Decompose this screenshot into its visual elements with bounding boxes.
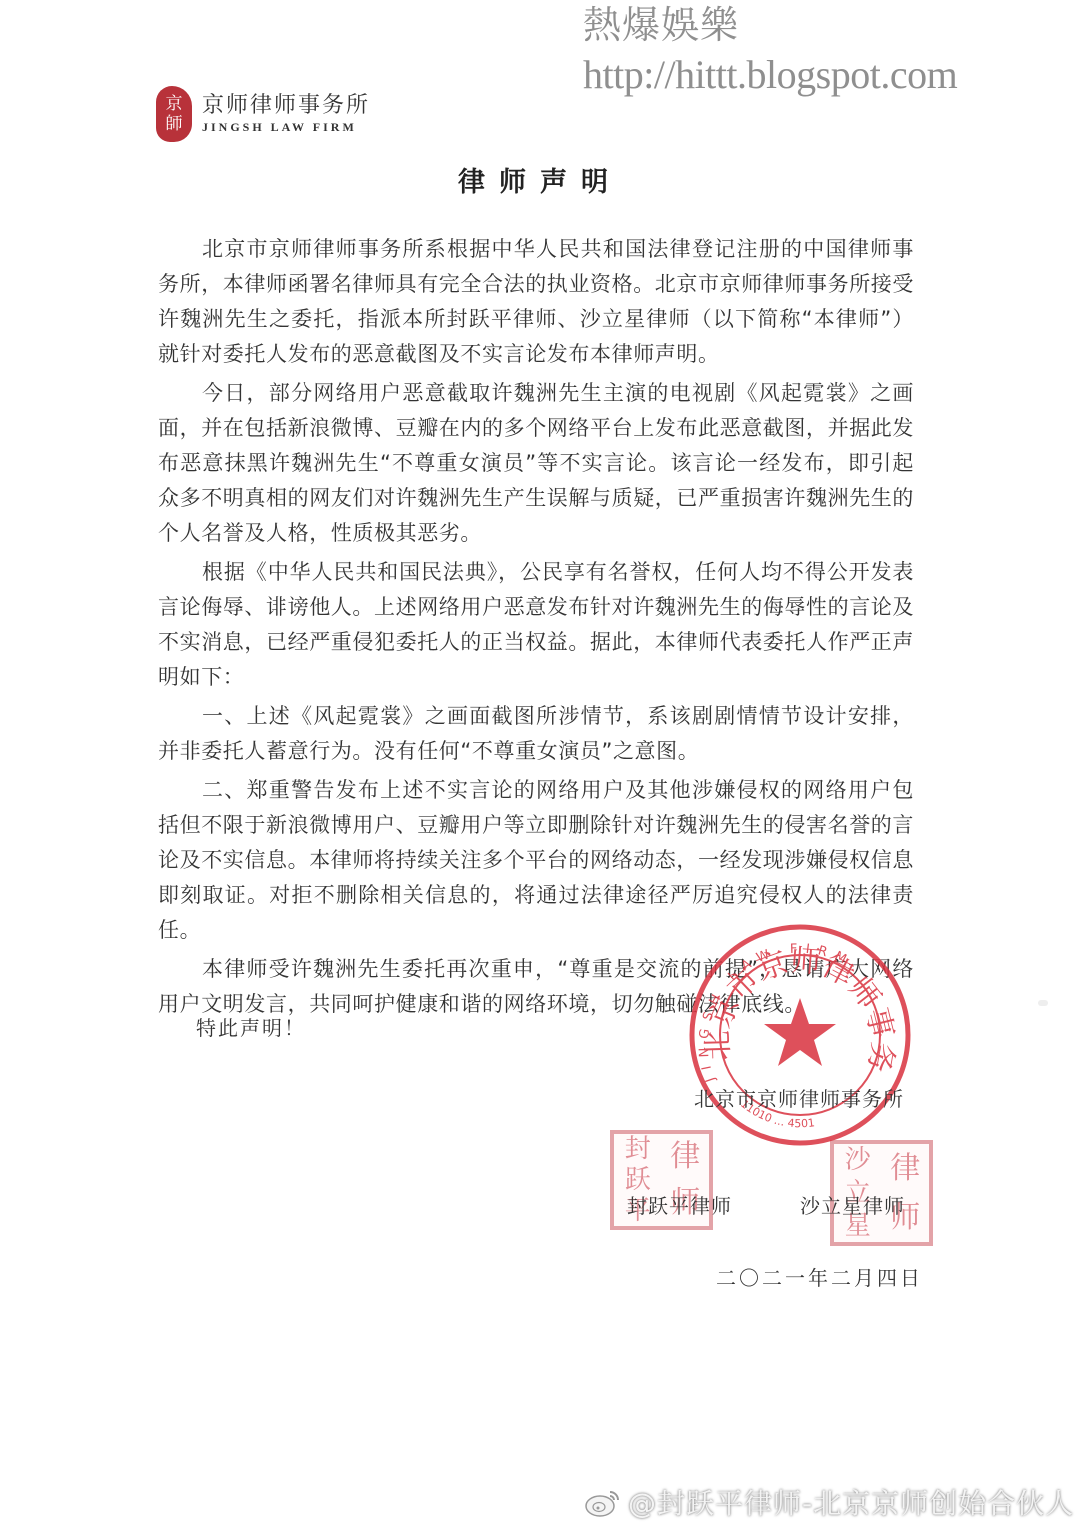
signatory-firm: 北京市京师律师事务所 [694, 1083, 904, 1112]
document-date: 二〇二一年二月四日 [716, 1262, 923, 1291]
lawyer-signature-1: 封跃平律师 [627, 1190, 732, 1219]
weibo-watermark: @封跃平律师-北京京师创始合伙人 [584, 1482, 1074, 1522]
document-title: 律师声明 [0, 160, 1080, 199]
logo-seal-icon: 京 師 [156, 86, 192, 142]
watermark-title: 熱爆娛樂 [583, 4, 739, 48]
paragraph-4: 一、上述《风起霓裳》之画面截图所涉情节，系该剧剧情情节设计安排，并非委托人蓄意行… [158, 699, 914, 769]
logo-seal-char: 師 [166, 114, 183, 134]
weibo-icon [584, 1486, 624, 1518]
firm-name-cn: 京师律师事务所 [202, 93, 370, 119]
paragraph-2: 今日，部分网络用户恶意截取许魏洲先生主演的电视剧《风起霓裳》之画面，并在包括新浪… [158, 376, 914, 551]
scan-smudge [1038, 1000, 1048, 1006]
firm-logo: 京 師 京师律师事务所 JINGSH LAW FIRM [156, 86, 370, 142]
paragraph-1: 北京市京师律师事务所系根据中华人民共和国法律登记注册的中国律师事务所，本律师函署… [158, 232, 914, 372]
lawyer-signature-2: 沙立星律师 [800, 1190, 905, 1219]
paragraph-3: 根据《中华人民共和国民法典》，公民享有名誉权，任何人均不得公开发表言论侮辱、诽谤… [158, 555, 914, 695]
document-body: 北京市京师律师事务所系根据中华人民共和国法律登记注册的中国律师事务所，本律师函署… [158, 232, 914, 1026]
watermark-url: http://hittt.blogspot.com [583, 52, 957, 98]
weibo-handle: @封跃平律师-北京京师创始合伙人 [628, 1482, 1074, 1522]
closing-statement: 特此声明！ [196, 1012, 306, 1041]
logo-seal-char: 京 [166, 94, 183, 114]
firm-name-en: JINGSH LAW FIRM [202, 119, 370, 135]
round-seal-icon: 北京市京师律师事务所 JINGSH LAW FIRM 11010 ... 450… [685, 920, 915, 1150]
